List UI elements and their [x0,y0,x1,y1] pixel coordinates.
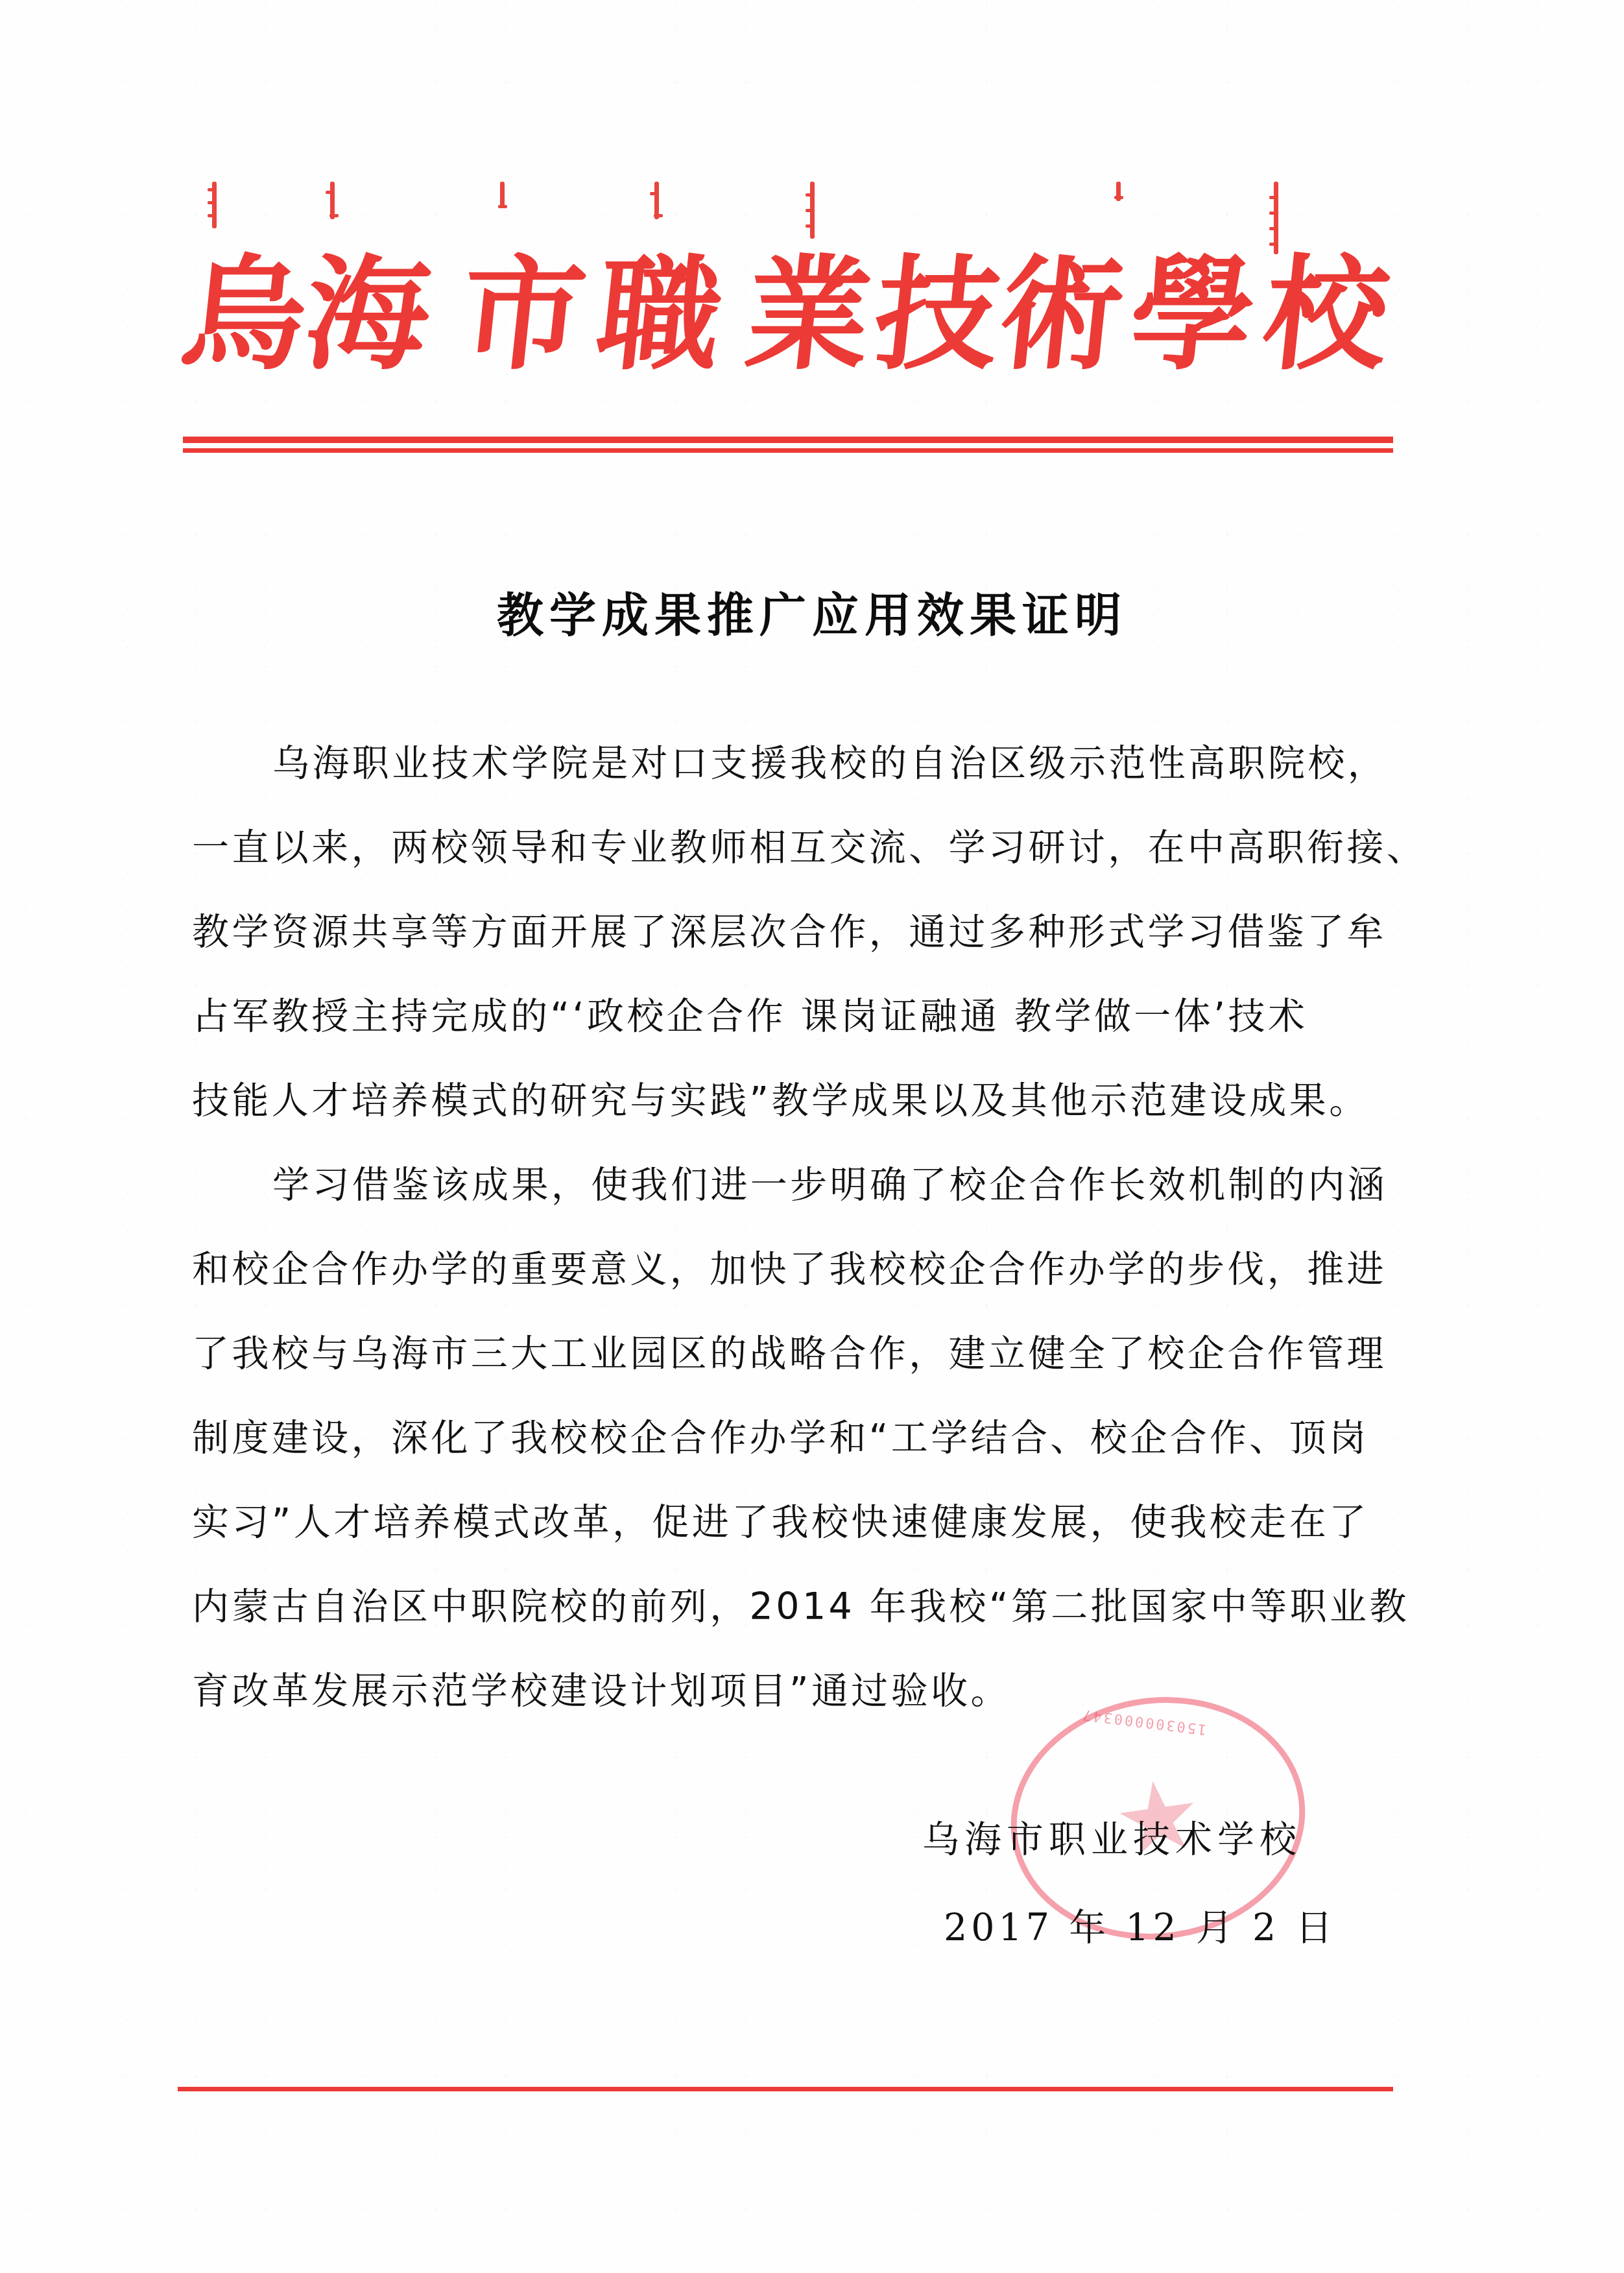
paragraph-2-line: 内蒙古自治区中职院校的前列，2014 年我校“第二批国家中等职业教 [192,1565,1424,1649]
paragraph-2-line: 制度建设，深化了我校校企合作办学和“工学结合、校企合作、顶岗 [192,1396,1424,1480]
letterhead-char: 業 [739,234,879,396]
letterhead-school-name: 烏 海 市 職 業 技 術 學 校 [183,234,1393,415]
letterhead-char: 市 [453,234,593,396]
document-body: 乌海职业技术学院是对口支援我校的自治区级示范性高职院校， 一直以来，两校领导和专… [192,721,1424,1733]
paragraph-2-line: 实习”人才培养模式改革，促进了我校快速健康发展，使我校走在了 [192,1480,1424,1565]
paragraph-2-line: 了我校与乌海市三大工业园区的战略合作，建立健全了校企合作管理 [192,1312,1424,1396]
letterhead-char: 海 [298,234,438,396]
letterhead-char: 技 [867,234,1007,396]
letterhead-char: 學 [1123,234,1263,396]
letterhead-char: 術 [992,234,1132,396]
document-title: 教学成果推广应用效果证明 [0,583,1624,647]
footer-rule [178,2087,1393,2091]
signature-organization: 乌海市职业技术学校 [922,1814,1302,1866]
letterhead-char: 職 [590,234,730,396]
paragraph-2-line: 和校企合作办学的重要意义，加快了我校校企合作办学的步伐，推进 [192,1227,1424,1312]
paragraph-1-line: 乌海职业技术学院是对口支援我校的自治区级示范性高职院校， [192,721,1424,806]
paragraph-1-line: 一直以来，两校领导和专业教师相互交流、学习研讨，在中高职衔接、 [192,806,1424,890]
paragraph-2-line: 学习借鉴该成果，使我们进一步明确了校企合作长效机制的内涵 [192,1143,1424,1227]
paragraph-1-line: 教学资源共享等方面开展了深层次合作，通过多种形式学习借鉴了牟 [192,890,1424,974]
paragraph-1-line: 技能人才培养模式的研究与实践”教学成果以及其他示范建设成果。 [192,1059,1424,1143]
seal-code-text: 150300000347 [1080,1706,1208,1738]
document-page: 烏 海 市 職 業 技 術 學 校 教学成果推广应用效果证明 乌海职业技术学院是… [0,0,1624,2273]
letterhead-char: 校 [1256,234,1396,396]
letterhead-rule-thick [183,437,1393,443]
signature-date: 2017 年 12 月 2 日 [944,1902,1336,1954]
letterhead-char: 烏 [174,234,315,396]
paragraph-1-line: 占军教授主持完成的“‘政校企合作 课岗证融通 教学做一体’技术 [192,974,1424,1059]
letterhead-rule-thin [183,448,1393,453]
